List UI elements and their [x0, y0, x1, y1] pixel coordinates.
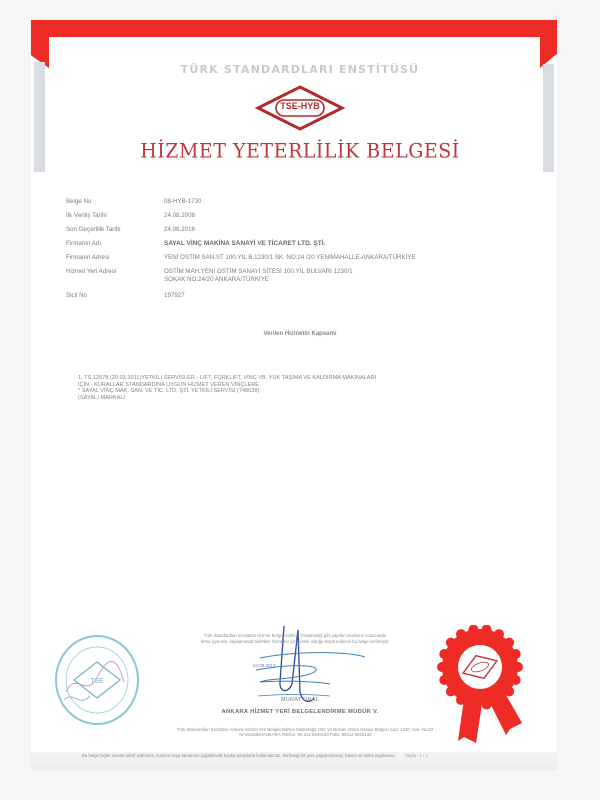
field-company-name: Firmanın Adı SAYAL VİNÇ MAKİNA SANAYİ VE… — [66, 240, 536, 254]
field-service-address: Hizmet Yeri Adresi OSTİM MAH.YENİ OSTİM … — [66, 268, 536, 292]
footer-note-text: Bu belge hiçbir surette tahrif edilemez,… — [82, 753, 396, 758]
field-value-line: SOKAK NO:24/20 ANKARA/TÜRKİYE — [164, 276, 544, 284]
field-expiry-date: Son Geçerlilik Tarihi 24.08.2016 — [66, 226, 536, 240]
tse-hyb-logo-icon: TSE-HYB — [254, 85, 346, 131]
legal-statement: Türk Standardları Enstitüsü Hizmet Belge… — [150, 633, 440, 644]
field-label: Hizmet Yeri Adresi — [66, 268, 166, 275]
logo-text: TSE-HYB — [254, 101, 346, 111]
field-value: SAYAL VİNÇ MAKİNA SANAYİ VE TİCARET LTD.… — [164, 240, 544, 248]
field-value: 24.08.2008 — [164, 212, 544, 220]
field-registry-no: Sicil No 197927 — [66, 292, 536, 306]
field-label: İlk Veriliş Tarihi — [66, 212, 166, 219]
page-number: Sayfa : 1 / 1 — [405, 753, 428, 758]
field-value: 08-HYB-1730 — [164, 198, 544, 206]
signature-date: 24.08.2013 — [253, 663, 276, 668]
red-frame-top — [31, 20, 557, 37]
certificate-title: HİZMET YETERLİLİK BELGESİ — [0, 139, 600, 162]
field-value: 24.08.2016 — [164, 226, 544, 234]
red-rosette-seal-icon — [436, 625, 526, 745]
legal-line: firma işyerinin, kapsamında belirtilen h… — [150, 639, 440, 645]
footer-note: Bu belge hiçbir surette tahrif edilemez,… — [82, 753, 542, 758]
field-label: Son Geçerlilik Tarihi — [66, 226, 166, 233]
field-value-line: OSTİM MAH.YENİ OSTİM SANAYİ SİTESİ 100.Y… — [164, 268, 544, 276]
field-certificate-no: Belge No 08-HYB-1730 — [66, 198, 536, 212]
certificate-fields: Belge No 08-HYB-1730 İlk Veriliş Tarihi … — [66, 198, 536, 306]
field-label: Belge No — [66, 198, 166, 205]
scope-line: (SAYAL) MARKALI — [78, 395, 528, 402]
field-company-address: Firmanın Adresi YENİ OSTİM SAN.ST 100.YI… — [66, 254, 536, 268]
institute-name: TÜRK STANDARDLARI ENSTİTÜSÜ — [0, 63, 600, 76]
scope-text: 1. TS 12578 (20.03.2011)YETKİLİ SERVİSLE… — [78, 375, 528, 401]
field-label: Sicil No — [66, 292, 166, 299]
field-first-issue-date: İlk Veriliş Tarihi 24.08.2008 — [66, 212, 536, 226]
field-value: YENİ OSTİM SAN.ST 100.YIL B.1230/1 SK. N… — [164, 254, 544, 262]
field-label: Firmanın Adı — [66, 240, 166, 247]
field-value: 197927 — [164, 292, 544, 300]
field-value: OSTİM MAH.YENİ OSTİM SANAYİ SİTESİ 100.Y… — [164, 268, 544, 284]
scope-title: Verilen Hizmetin Kapsamı — [0, 331, 600, 337]
field-label: Firmanın Adresi — [66, 254, 166, 261]
